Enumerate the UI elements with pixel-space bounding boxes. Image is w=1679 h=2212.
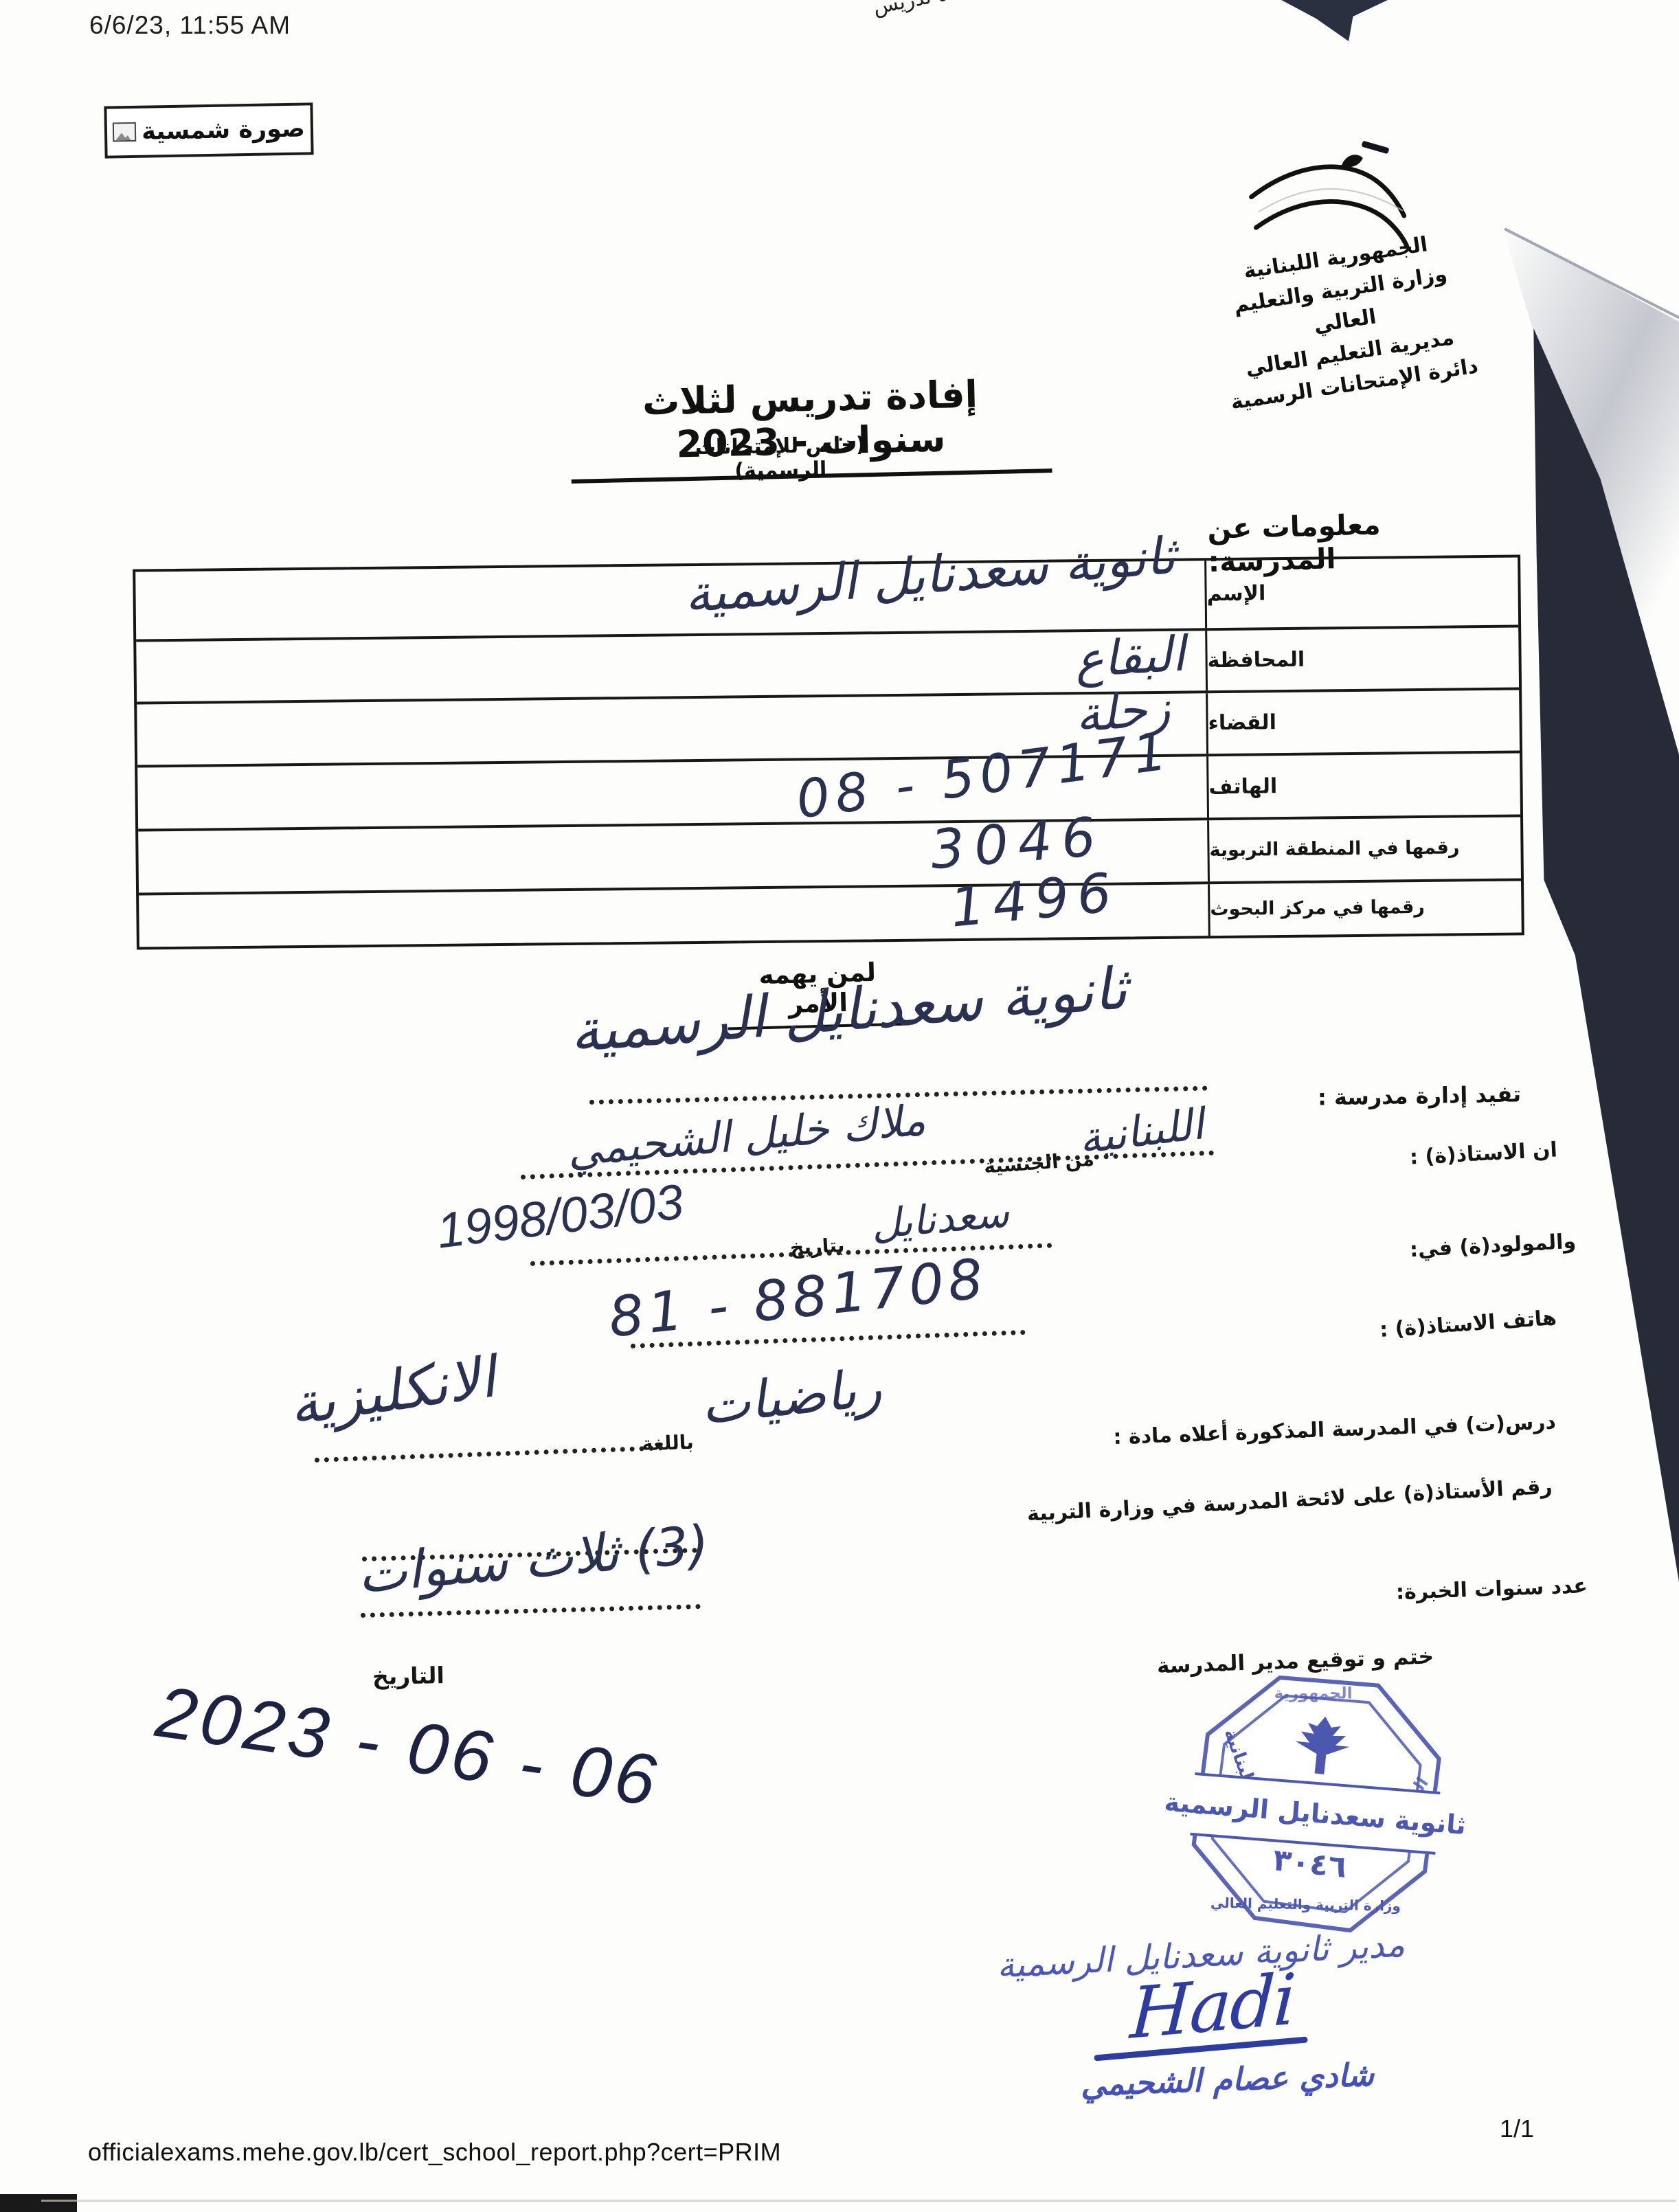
photo-box-label: صورة شمسية [142,115,305,146]
field-label-teacher: ان الاستاذ(ة) : [1409,1138,1558,1170]
table-cell-research-number-label: رقمها في مركز البحوث [1208,881,1522,936]
label-governorate: المحافظة [1207,647,1305,673]
scan-artifact-bottom-line [41,2200,1676,2202]
table-cell-district-label: القضاء [1206,690,1520,754]
broken-image-icon [113,122,136,142]
label-phone: الهاتف [1208,774,1277,800]
field-label-in-language: باللغة [641,1431,694,1456]
print-header-datetime: 6/6/23, 11:55 AM [89,11,291,40]
school-info-table: ثانوية سعدنايل الرسمية الإسم البقاع المح… [133,554,1524,949]
dotted-line-language [315,1445,664,1463]
table-cell-research-number-value: 1496 [139,884,1208,947]
scanned-document-page: 6/6/23, 11:55 AM إفادة تدريس صورة شمسية … [0,0,1679,2212]
hw-birth-place: سعدنايل [870,1193,1011,1244]
print-footer-page-number: 1/1 [1500,2114,1534,2143]
hw-research-number: 1496 [949,866,1123,936]
hw-director-name: شادي عصام الشحيمي [1085,2056,1375,2103]
hw-governorate: البقاع [1073,629,1186,684]
hw-school-name: ثانوية سعدنايل الرسمية [682,530,1177,620]
hw-teacher-phone: 81 - 881708 [606,1251,989,1345]
dotted-line-experience [361,1604,701,1618]
stamp-text-republic: الجمهورية [1274,1685,1353,1703]
school-stamp: الجمهورية اللبنانية العالي ثانوية سعدناي… [1184,1666,1448,1940]
photo-placeholder-box: صورة شمسية [104,102,313,158]
field-label-nationality: من الجنسية [983,1147,1095,1178]
label-district: القضاء [1208,710,1276,736]
stamp-school-name: ثانوية سعدنايل الرسمية [1163,1787,1467,1840]
table-cell-name-label: الإسم [1204,557,1518,628]
date-label: التاريخ [372,1662,444,1690]
hw-date: 2023 - 06 - 06 [152,1675,664,1818]
scan-artifact-bottom-bar [0,2194,77,2212]
stamp-signature-label: ختم و توقيع مدير المدرسة [1246,1644,1434,1676]
hw-birth-date: 1998/03/03 [434,1177,686,1256]
table-cell-phone-label: الهاتف [1206,753,1520,817]
hw-years-experience: (3) ثلاث سنوات [356,1518,711,1601]
document-subtitle: (خاص للإمتحانات الرسمية) [677,432,883,484]
field-label-taught-subject: درس(ت) في المدرسة المذكورة أعلاه مادة : [1182,1410,1557,1448]
field-label-teacher-phone: هاتف الاستاذ(ة) : [1379,1306,1557,1343]
hw-teacher-name: ملاك خليل الشحيمي [565,1098,927,1172]
label-district-number: رقمها في المنطقة التربوية [1209,837,1459,862]
field-label-experience: عدد سنوات الخبرة: [1395,1574,1588,1605]
field-label-born-in: والمولود(ة) في: [1409,1230,1577,1263]
label-research-number: رقمها في مركز البحوث [1210,896,1425,921]
field-label-teacher-list-number: رقم الأستاذ(ة) على لائحة المدرسة في وزار… [1072,1475,1553,1525]
table-cell-governorate-value: البقاع [136,631,1206,701]
hw-language: الانكليزية [286,1349,499,1434]
stamp-text-ministry: وزارة التربية والتعليم العالي [1206,1895,1404,1915]
table-cell-district-number-label: رقمها في المنطقة التربوية [1207,817,1521,881]
field-label-school-admin: تفيد إدارة مدرسة : [1318,1081,1522,1111]
label-name: الإسم [1206,581,1265,607]
hw-subject: رياضيات [699,1361,884,1432]
scan-artifact-corner-wedge [1279,0,1388,41]
table-cell-name-value: ثانوية سعدنايل الرسمية [135,561,1205,639]
print-footer-url: officialexams.mehe.gov.lb/cert_school_re… [88,2138,781,2167]
print-header-doc-title: إفادة تدريس [871,0,980,19]
table-cell-governorate-label: المحافظة [1205,627,1519,690]
